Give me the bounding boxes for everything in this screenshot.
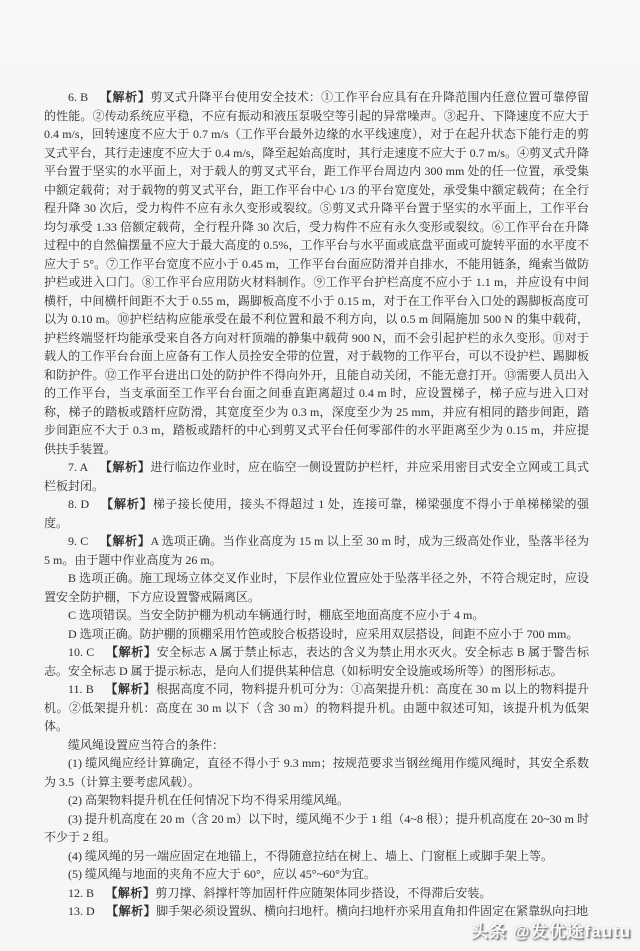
paragraph-text: 脚手架必须设置纵、横向扫地杆。横向扫地杆亦采用直角扣件固定在紧靠纵向扫地 [156,904,588,918]
watermark-handle: @发优途fautu [513,922,631,941]
answer-number: 8. D [68,497,89,511]
paragraph-text: 剪刀撑、斜撑杆等加固杆件应随架体同步搭设，不得滞后安装。 [155,886,491,900]
answer-paragraph: 6. B【解析】剪叉式升降平台使用安全技术：①工作平台应具有在升降范围内任意位置… [44,88,589,458]
answer-number: 9. C [68,534,88,548]
paragraph-text: (2) 高架物料提升机在任何情况下均不得采用缆风绳。 [68,793,349,807]
paragraph-text: 缆风绳设置应当符合的条件： [68,738,224,752]
answer-paragraph: 7. A【解析】进行临边作业时，应在临空一侧设置防护栏杆，并应采用密目式安全立网… [44,458,589,495]
continuation-paragraph: (5) 缆风绳与地面的夹角不应大于 60°，应以 45°~60°为宜。 [44,865,589,884]
answer-number: 6. B [68,90,88,104]
answer-number: 13. D [68,904,95,918]
paragraph-text: C 选项错误。当安全防护棚为机动车辆通行时，棚底至地面高度不应小于 4 m。 [68,608,484,622]
paragraph-text: D 选项正确。防护棚的顶棚采用竹笆或胶合板搭设时，应采用双层搭设，间距不应小于 … [68,627,578,641]
analysis-label: 【解析】 [106,904,156,918]
continuation-paragraph: C 选项错误。当安全防护棚为机动车辆通行时，棚底至地面高度不应小于 4 m。 [44,606,589,625]
analysis-label: 【解析】 [106,645,157,659]
watermark-brand: 头条 [471,922,507,941]
continuation-paragraph: B 选项正确。施工现场立体交叉作业时，下层作业位置应处于坠落半径之外，不符合规定… [44,569,589,606]
answer-number: 11. B [68,682,94,696]
answer-paragraph: 12. B【解析】剪刀撑、斜撑杆等加固杆件应随架体同步搭设，不得滞后安装。 [44,884,589,903]
answer-paragraph: 11. B【解析】根据高度不同，物料提升机可分为：①高架提升机：高度在 30 m… [44,680,589,736]
paragraph-text: (1) 缆风绳应经计算确定，直径不得小于 9.3 mm；按规范要求当钢丝绳用作缆… [44,756,589,789]
answer-explanations: 6. B【解析】剪叉式升降平台使用安全技术：①工作平台应具有在升降范围内任意位置… [44,88,589,921]
answer-paragraph: 8. D【解析】梯子接长使用，接头不得超过 1 处，连接可靠，梯梁强度不得小于单… [44,495,589,532]
analysis-label: 【解析】 [100,460,151,474]
continuation-paragraph: 缆风绳设置应当符合的条件： [44,736,589,755]
answer-paragraph: 10. C【解析】安全标志 A 属于禁止标志，表达的含义为禁止用水灭火。安全标志… [44,643,589,680]
paragraph-text: (4) 缆风绳的另一端应固定在地锚上，不得随意拉结在树上、墙上、门窗框上或脚手架… [68,849,553,863]
analysis-label: 【解析】 [105,886,155,900]
answer-number: 10. C [68,645,94,659]
analysis-label: 【解析】 [100,90,151,104]
continuation-paragraph: (2) 高架物料提升机在任何情况下均不得采用缆风绳。 [44,791,589,810]
continuation-paragraph: (3) 提升机高度在 20 m（含 20 m）以下时，缆风绳不少于 1 组（4~… [44,810,589,847]
answer-number: 7. A [68,460,88,474]
paragraph-text: 剪叉式升降平台使用安全技术：①工作平台应具有在升降范围内任意位置可靠停留的性能。… [44,90,589,456]
paragraph-text: (5) 缆风绳与地面的夹角不应大于 60°，应以 45°~60°为宜。 [68,867,376,881]
continuation-paragraph: D 选项正确。防护棚的顶棚采用竹笆或胶合板搭设时，应采用双层搭设，间距不应小于 … [44,625,589,644]
answer-paragraph: 9. C【解析】A 选项正确。当作业高度为 15 m 以上至 30 m 时，成为… [44,532,589,569]
continuation-paragraph: (4) 缆风绳的另一端应固定在地锚上，不得随意拉结在树上、墙上、门窗框上或脚手架… [44,847,589,866]
analysis-label: 【解析】 [100,534,151,548]
paragraph-text: (3) 提升机高度在 20 m（含 20 m）以下时，缆风绳不少于 1 组（4~… [44,812,589,845]
answer-number: 12. B [68,886,94,900]
watermark: 头条@发优途fautu [471,917,631,942]
paragraph-text: B 选项正确。施工现场立体交叉作业时，下层作业位置应处于坠落半径之外，不符合规定… [44,571,589,604]
analysis-label: 【解析】 [105,682,156,696]
analysis-label: 【解析】 [101,497,153,511]
document-page: 6. B【解析】剪叉式升降平台使用安全技术：①工作平台应具有在升降范围内任意位置… [0,0,640,951]
continuation-paragraph: (1) 缆风绳应经计算确定，直径不得小于 9.3 mm；按规范要求当钢丝绳用作缆… [44,754,589,791]
